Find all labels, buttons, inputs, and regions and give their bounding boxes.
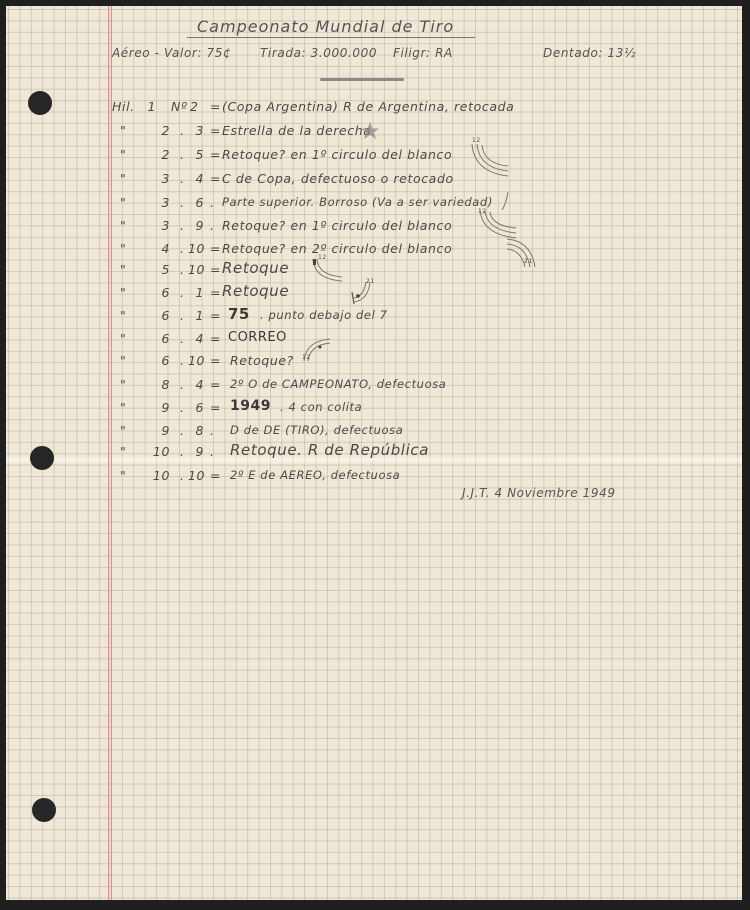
- row-col2: 8: [188, 423, 204, 438]
- row-eq: .: [210, 195, 215, 210]
- circle-arc-sketch-icon: [468, 140, 518, 182]
- row-desc: . punto debajo del 7: [260, 308, 388, 322]
- ditto-mark: ": [120, 308, 126, 323]
- row-eq: =: [210, 331, 221, 346]
- row-col2: 4: [188, 171, 204, 186]
- row-col1: 8: [146, 377, 170, 392]
- row-desc: D de DE (TIRO), defectuosa: [230, 423, 403, 437]
- row-desc: 2º E de AEREO, defectuosa: [230, 468, 400, 482]
- row-sep: .: [180, 377, 185, 392]
- row-desc: Retoque? en 1º circulo del blanco: [222, 147, 452, 162]
- row-sep: .: [180, 262, 185, 277]
- row-desc: . 4 con colita: [280, 400, 362, 414]
- row-col1: 3: [146, 195, 170, 210]
- sketch-label: 12: [478, 208, 487, 215]
- row-desc: (Copa Argentina) R de Argentina, retocad…: [222, 99, 514, 114]
- document-title: Campeonato Mundial de Tiro: [197, 17, 454, 36]
- row-col2: 6: [188, 400, 204, 415]
- row-desc: 2º O de CAMPEONATO, defectuosa: [230, 377, 446, 391]
- row-col1: 6: [146, 308, 170, 323]
- row-col2: 10: [188, 241, 204, 256]
- row-sep: .: [180, 241, 185, 256]
- row-col1: 3: [146, 218, 170, 233]
- row-sep: .: [180, 400, 185, 415]
- row-eq: =: [210, 353, 221, 368]
- row-eq: =: [210, 99, 221, 114]
- row-eq: =: [210, 171, 221, 186]
- ditto-mark: ": [120, 400, 126, 415]
- row-col1: 9: [146, 400, 170, 415]
- sketch-label: 21: [366, 278, 375, 285]
- circle-arc-sketch-icon: [505, 235, 541, 269]
- ditto-mark: ": [120, 171, 126, 186]
- row-desc-emphasis: CORREO: [228, 330, 287, 345]
- sketch-label: 12: [302, 354, 311, 361]
- ditto-mark: ": [120, 262, 126, 277]
- row-eq: .: [210, 423, 215, 438]
- row-sep: .: [180, 123, 185, 138]
- row-col1: 2: [146, 123, 170, 138]
- sketch-label: 12: [318, 254, 327, 261]
- row-eq: .: [210, 218, 215, 233]
- row-sep: .: [180, 285, 185, 300]
- row-sep: .: [180, 444, 185, 459]
- row-sep: .: [180, 423, 185, 438]
- punch-hole-top: [28, 91, 52, 115]
- row-desc-emphasis: 75: [228, 305, 250, 323]
- row-col1: 4: [146, 241, 170, 256]
- row-col1: 6: [146, 353, 170, 368]
- row-eq: =: [210, 241, 221, 256]
- row-col1: 6: [146, 285, 170, 300]
- row-col1: 9: [146, 423, 170, 438]
- row-col2: 4: [188, 331, 204, 346]
- ditto-mark: ": [120, 218, 126, 233]
- row-desc: Estrella de la derecha: [222, 123, 372, 138]
- row-sep: .: [180, 331, 185, 346]
- sketch-label: 12: [472, 137, 481, 144]
- row-col2: 4: [188, 377, 204, 392]
- row-sep: Nº: [171, 99, 187, 114]
- margin-line: [108, 6, 109, 900]
- star-sketch-icon: [358, 120, 382, 142]
- ditto-mark: ": [120, 285, 126, 300]
- title-underline: [187, 37, 475, 38]
- circle-arc-sketch-icon: [310, 255, 344, 285]
- row-col1: 2: [146, 147, 170, 162]
- row-desc: Retoque? en 1º circulo del blanco: [222, 218, 452, 233]
- row-col1: 6: [146, 331, 170, 346]
- row-col2: 10: [188, 353, 204, 368]
- row-sep: .: [180, 468, 185, 483]
- ditto-mark: ": [120, 331, 126, 346]
- row-eq: =: [210, 377, 221, 392]
- margin-line: [111, 6, 112, 900]
- row-col2: 3: [188, 123, 204, 138]
- row-col2: 2: [190, 99, 199, 114]
- row-desc: Retoque? en 2º circulo del blanco: [222, 241, 452, 256]
- row-desc: Parte superior. Borroso (Va a ser varied…: [222, 195, 493, 209]
- row-col2: 9: [188, 444, 204, 459]
- row-eq: =: [210, 468, 221, 483]
- row-sep: .: [180, 308, 185, 323]
- row-col2: 1: [188, 308, 204, 323]
- ditto-mark: ": [120, 444, 126, 459]
- ditto-mark: ": [120, 377, 126, 392]
- ditto-mark: ": [120, 147, 126, 162]
- pencil-rule: [320, 78, 404, 81]
- meta-tirada: Tirada: 3.000.000: [260, 46, 377, 60]
- row-desc: Retoque: [222, 282, 289, 300]
- ditto-mark: ": [120, 195, 126, 210]
- row-eq: .: [210, 444, 215, 459]
- row-col2: 6: [188, 195, 204, 210]
- row-desc-emphasis: 1949: [230, 398, 271, 414]
- pencil-stroke: [500, 190, 510, 212]
- meta-aereo-valor: Aéreo - Valor: 75¢: [112, 46, 231, 60]
- row-desc: Retoque?: [230, 353, 294, 368]
- row-col1: 10: [146, 468, 170, 483]
- row-sep: .: [180, 171, 185, 186]
- punch-hole-middle: [30, 446, 54, 470]
- row-col2: 9: [188, 218, 204, 233]
- row-col1: 1: [132, 99, 156, 114]
- row-col1: 5: [146, 262, 170, 277]
- row-desc: Retoque: [222, 259, 289, 277]
- row-sep: .: [180, 218, 185, 233]
- row-col2: 1: [188, 285, 204, 300]
- row-col1: 10: [146, 444, 170, 459]
- ditto-mark: ": [120, 423, 126, 438]
- row-sep: .: [180, 147, 185, 162]
- sketch-label: 21: [524, 258, 533, 265]
- row-sep: .: [180, 353, 185, 368]
- signature-and-date: J.J.T. 4 Noviembre 1949: [462, 486, 616, 500]
- row-desc: Retoque. R de República: [230, 441, 429, 459]
- row-eq: =: [210, 308, 221, 323]
- row-eq: =: [210, 123, 221, 138]
- row-col2: 5: [188, 147, 204, 162]
- row-eq: =: [210, 285, 221, 300]
- ditto-mark: ": [120, 353, 126, 368]
- ditto-mark: ": [120, 241, 126, 256]
- punch-hole-bottom: [32, 798, 56, 822]
- row-col2: 10: [188, 468, 204, 483]
- row-eq: =: [210, 147, 221, 162]
- meta-dentado: Dentado: 13½: [543, 46, 636, 60]
- row-eq: =: [210, 400, 221, 415]
- ditto-mark: ": [120, 123, 126, 138]
- ditto-mark: ": [120, 468, 126, 483]
- row-sep: .: [180, 195, 185, 210]
- row-eq: =: [210, 262, 221, 277]
- row-col1: 3: [146, 171, 170, 186]
- meta-filigrana: Filigr: RA: [393, 46, 453, 60]
- row-col2: 10: [188, 262, 204, 277]
- row-desc: C de Copa, defectuoso o retocado: [222, 171, 454, 186]
